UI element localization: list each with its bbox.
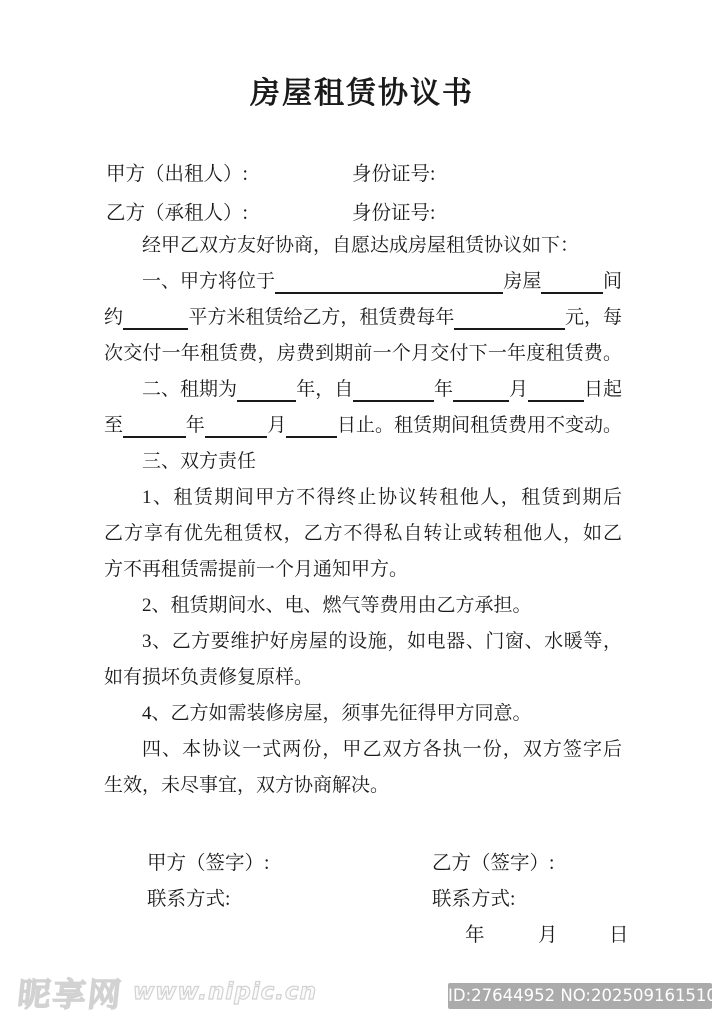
blank-underline-field <box>205 436 268 438</box>
contract-line: 如有损坏负责修复原样。 <box>104 660 622 696</box>
contract-text: 房屋 <box>503 264 541 300</box>
blank-underline-field <box>528 400 584 402</box>
contract-line: 一、甲方将位于房屋间 <box>104 264 622 300</box>
contract-text: 如有损坏负责修复原样。 <box>104 667 313 688</box>
blank-underline-field <box>353 400 434 402</box>
date-month-label: 月 <box>538 918 558 954</box>
contract-line: 经甲乙双方友好协商，自愿达成房屋租赁协议如下： <box>104 228 622 264</box>
parties-block: 甲方（出租人）: 身份证号: 乙方（承租人）: 身份证号: <box>106 152 624 230</box>
contract-body: 经甲乙双方友好协商，自愿达成房屋租赁协议如下：一、甲方将位于房屋间约平方米租赁给… <box>104 228 622 804</box>
contract-text: 平方米租赁给乙方，租赁费每年 <box>188 300 454 336</box>
contract-text: 一、甲方将位于 <box>142 264 275 300</box>
blank-underline-field <box>454 328 565 330</box>
party-a-id-label: 身份证号: <box>352 158 435 186</box>
contract-text: 方不再租赁需提前一个月通知甲方。 <box>104 559 408 580</box>
contract-line: 乙方享有优先租赁权，乙方不得私自转让或转租他人，如乙 <box>104 516 622 552</box>
contract-text: 乙方享有优先租赁权，乙方不得私自转让或转租他人，如乙 <box>104 523 622 544</box>
party-a-sign-label: 甲方（签字）: <box>147 846 269 882</box>
contract-text: 生效，未尽事宜，双方协商解决。 <box>104 775 389 796</box>
party-a-label: 甲方（出租人）: <box>106 158 352 186</box>
party-b-sign-label: 乙方（签字）: <box>432 846 554 882</box>
party-b-row: 乙方（承租人）: 身份证号: <box>106 191 624 230</box>
contact-row: 联系方式: 联系方式: <box>104 882 622 918</box>
contract-text: 月 <box>509 372 528 408</box>
contract-line: 三、双方责任 <box>104 444 622 480</box>
contract-text: 3、乙方要维护好房屋的设施，如电器、门窗、水暖等， <box>142 631 622 652</box>
party-b-contact-label: 联系方式: <box>432 882 515 918</box>
contract-line: 2、租赁期间水、电、燃气等费用由乙方承担。 <box>104 588 622 624</box>
contract-text: 4、乙方如需装修房屋，须事先征得甲方同意。 <box>142 703 532 724</box>
contract-line: 四、本协议一式两份，甲乙双方各执一份，双方签字后 <box>104 732 622 768</box>
contract-text: 2、租赁期间水、电、燃气等费用由乙方承担。 <box>142 595 532 616</box>
party-b-label: 乙方（承租人）: <box>106 197 352 225</box>
contract-text: 三、双方责任 <box>142 451 256 472</box>
blank-underline-field <box>286 436 337 438</box>
contract-line: 二、租期为年，自年月日起 <box>104 372 622 408</box>
date-row: 年 月 日 <box>104 918 622 954</box>
contract-text: 元，每 <box>565 300 622 336</box>
contract-document-page: 房屋租赁协议书 甲方（出租人）: 身份证号: 乙方（承租人）: 身份证号: 经甲… <box>0 0 724 1024</box>
blank-underline-field <box>123 328 188 330</box>
contract-line: 生效，未尽事宜，双方协商解决。 <box>104 768 622 804</box>
contract-text: 至 <box>104 408 123 444</box>
blank-underline-field <box>453 400 509 402</box>
blank-underline-field <box>123 436 186 438</box>
contract-text: 间 <box>603 264 622 300</box>
contract-line: 约平方米租赁给乙方，租赁费每年元，每 <box>104 300 622 336</box>
page-title: 房屋租赁协议书 <box>0 68 724 112</box>
contract-text: 月 <box>267 408 286 444</box>
contract-text: 经甲乙双方友好协商，自愿达成房屋租赁协议如下： <box>142 235 579 256</box>
signature-block: 甲方（签字）: 乙方（签字）: 联系方式: 联系方式: 年 月 日 <box>104 846 622 954</box>
contract-line: 至年月日止。租赁期间租赁费用不变动。 <box>104 408 622 444</box>
contract-text: 年，自 <box>296 372 353 408</box>
date-day-label: 日 <box>609 918 629 954</box>
contract-text: 次交付一年租赁费，房费到期前一个月交付下一年度租赁费。 <box>104 343 622 364</box>
contract-text: 约 <box>104 300 123 336</box>
contract-text: 年 <box>434 372 453 408</box>
contract-text: 年 <box>186 408 205 444</box>
contract-text: 四、本协议一式两份，甲乙双方各执一份，双方签字后 <box>142 739 622 760</box>
contract-line: 方不再租赁需提前一个月通知甲方。 <box>104 552 622 588</box>
blank-underline-field <box>237 400 296 402</box>
contract-text: 二、租期为 <box>142 372 237 408</box>
blank-underline-field <box>541 292 603 294</box>
blank-underline-field <box>275 292 503 294</box>
watermark-site-name: 昵享网 <box>16 969 126 1016</box>
contract-line: 次交付一年租赁费，房费到期前一个月交付下一年度租赁费。 <box>104 336 622 372</box>
site-watermark: 昵享网 www.nipic.cn <box>18 968 317 1016</box>
image-id-badge: ID:27644952 NO:20250916151031788102 <box>448 983 712 1009</box>
contract-line: 4、乙方如需装修房屋，须事先征得甲方同意。 <box>104 696 622 732</box>
contract-line: 1、租赁期间甲方不得终止协议转租他人，租赁到期后 <box>104 480 622 516</box>
party-a-row: 甲方（出租人）: 身份证号: <box>106 152 624 191</box>
party-b-id-label: 身份证号: <box>352 197 435 225</box>
party-a-contact-label: 联系方式: <box>147 882 230 918</box>
date-year-label: 年 <box>465 918 485 954</box>
contract-text: 日止。租赁期间租赁费用不变动。 <box>337 408 622 444</box>
signature-row: 甲方（签字）: 乙方（签字）: <box>104 846 622 882</box>
contract-text: 1、租赁期间甲方不得终止协议转租他人，租赁到期后 <box>142 487 622 508</box>
contract-line: 3、乙方要维护好房屋的设施，如电器、门窗、水暖等， <box>104 624 622 660</box>
contract-text: 日起 <box>584 372 622 408</box>
watermark-url: www.nipic.cn <box>133 979 317 1005</box>
